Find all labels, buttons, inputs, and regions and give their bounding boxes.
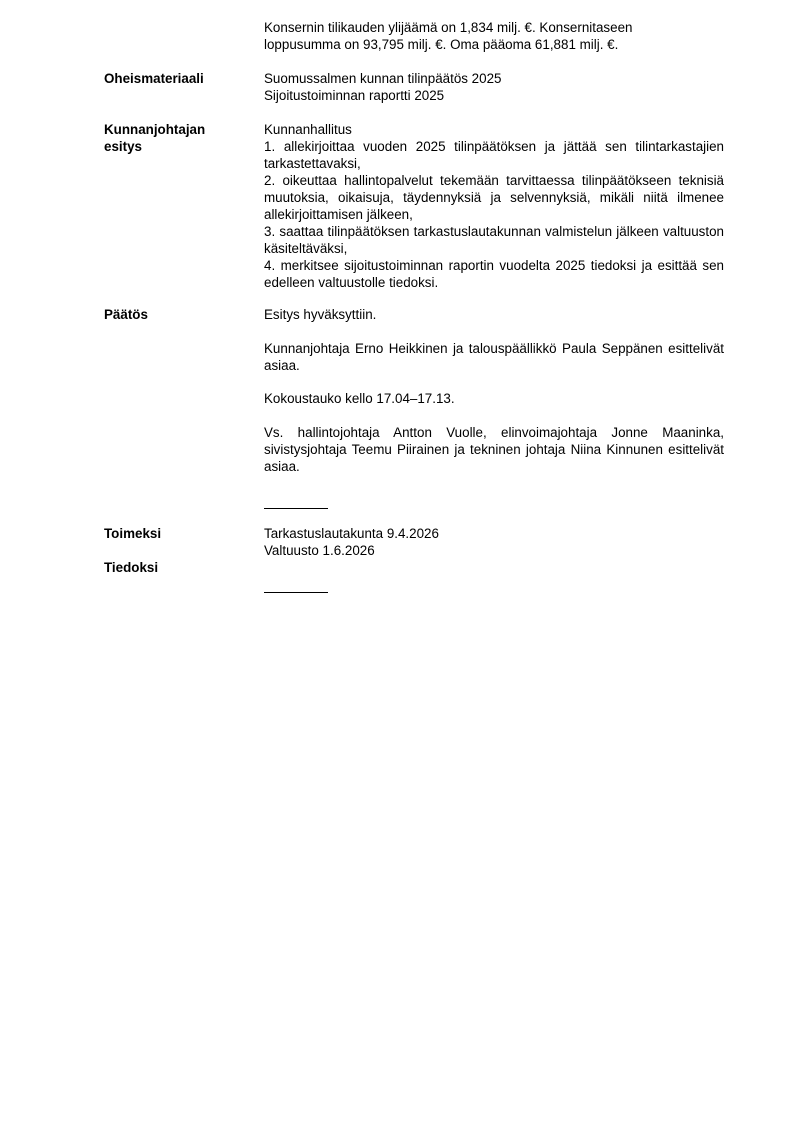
- esitys-point: 1. allekirjoittaa vuoden 2025 tilinpäätö…: [264, 138, 724, 172]
- esitys-heading: Kunnanhallitus: [264, 121, 724, 138]
- oheismateriaali-label: Oheismateriaali: [104, 70, 254, 87]
- paatos-paragraph: Kunnanjohtaja Erno Heikkinen ja talouspä…: [264, 340, 724, 374]
- paatos-paragraph: Esitys hyväksyttiin.: [264, 306, 724, 323]
- toimeksi-item: Tarkastuslautakunta 9.4.2026: [264, 525, 724, 542]
- toimeksi-list: Tarkastuslautakunta 9.4.2026 Valtuusto 1…: [264, 525, 724, 559]
- esitys-point: 2. oikeuttaa hallintopalvelut tekemään t…: [264, 172, 724, 223]
- oheismateriaali-list: Suomussalmen kunnan tilinpäätös 2025 Sij…: [264, 70, 724, 104]
- paatos-paragraph: Kokoustauko kello 17.04–17.13.: [264, 390, 724, 407]
- toimeksi-item: Valtuusto 1.6.2026: [264, 542, 724, 559]
- esitys-content: Kunnanhallitus 1. allekirjoittaa vuoden …: [264, 121, 724, 291]
- toimeksi-label: Toimeksi: [104, 525, 254, 542]
- paatos-paragraph: Vs. hallintojohtaja Antton Vuolle, elinv…: [264, 424, 724, 475]
- esitys-label-line1: Kunnanjohtajan: [104, 121, 254, 138]
- attachment-item: Suomussalmen kunnan tilinpäätös 2025: [264, 70, 724, 87]
- esitys-label-line2: esitys: [104, 138, 254, 155]
- intro-line: loppusumma on 93,795 milj. €. Oma pääoma…: [264, 36, 724, 53]
- esitys-point: 3. saattaa tilinpäätöksen tarkastuslauta…: [264, 223, 724, 257]
- esitys-label: Kunnanjohtajan esitys: [104, 121, 254, 155]
- paatos-label: Päätös: [104, 306, 254, 323]
- tiedoksi-label: Tiedoksi: [104, 559, 254, 576]
- esitys-point: 4. merkitsee sijoitustoiminnan raportin …: [264, 257, 724, 291]
- separator-rule: [264, 592, 328, 593]
- attachment-item: Sijoitustoiminnan raportti 2025: [264, 87, 724, 104]
- intro-line: Konsernin tilikauden ylijäämä on 1,834 m…: [264, 19, 724, 36]
- intro-paragraph: Konsernin tilikauden ylijäämä on 1,834 m…: [264, 19, 724, 53]
- separator-rule: [264, 508, 328, 509]
